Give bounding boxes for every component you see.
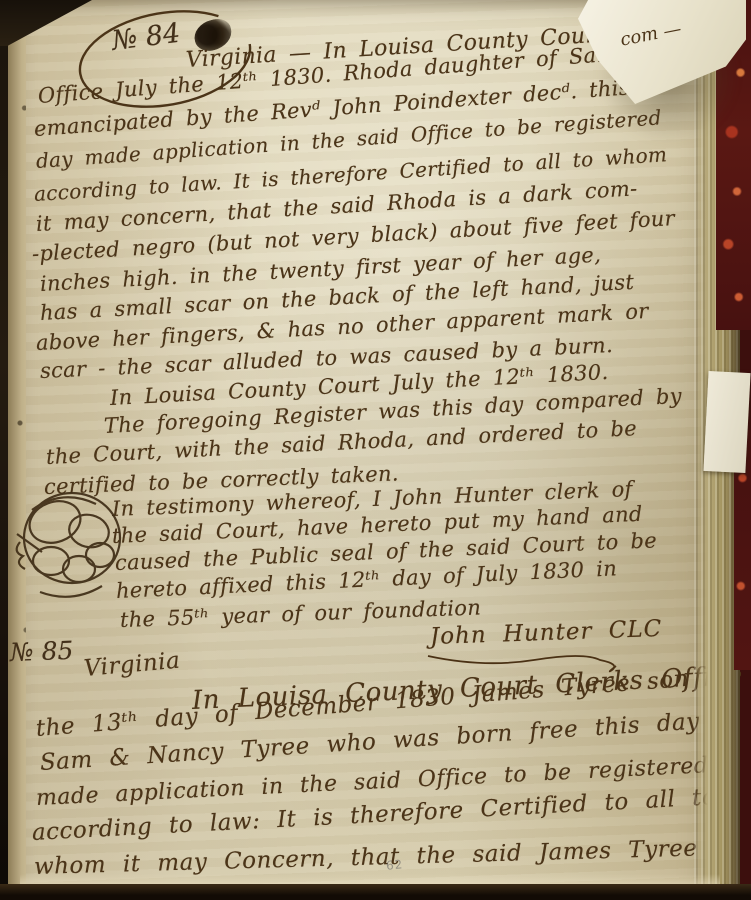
clerk-signature: John Hunter CLC (430, 616, 663, 650)
manuscript-line: Virginia (83, 648, 181, 682)
pencil-note: 62 (385, 857, 404, 873)
white-paper-slip (703, 371, 750, 473)
pen-flourish-doodle (10, 482, 132, 606)
page-bottom-edge (20, 874, 720, 884)
corner-note: com — (619, 18, 684, 50)
photo-of-register-page: № 84 Virginia — In Louisa County Court C… (0, 0, 751, 900)
entry-number-85: № 85 (9, 636, 73, 667)
manuscript-line: the 55ᵗʰ year of our foundation (120, 595, 482, 632)
bottom-shadow (0, 884, 751, 900)
